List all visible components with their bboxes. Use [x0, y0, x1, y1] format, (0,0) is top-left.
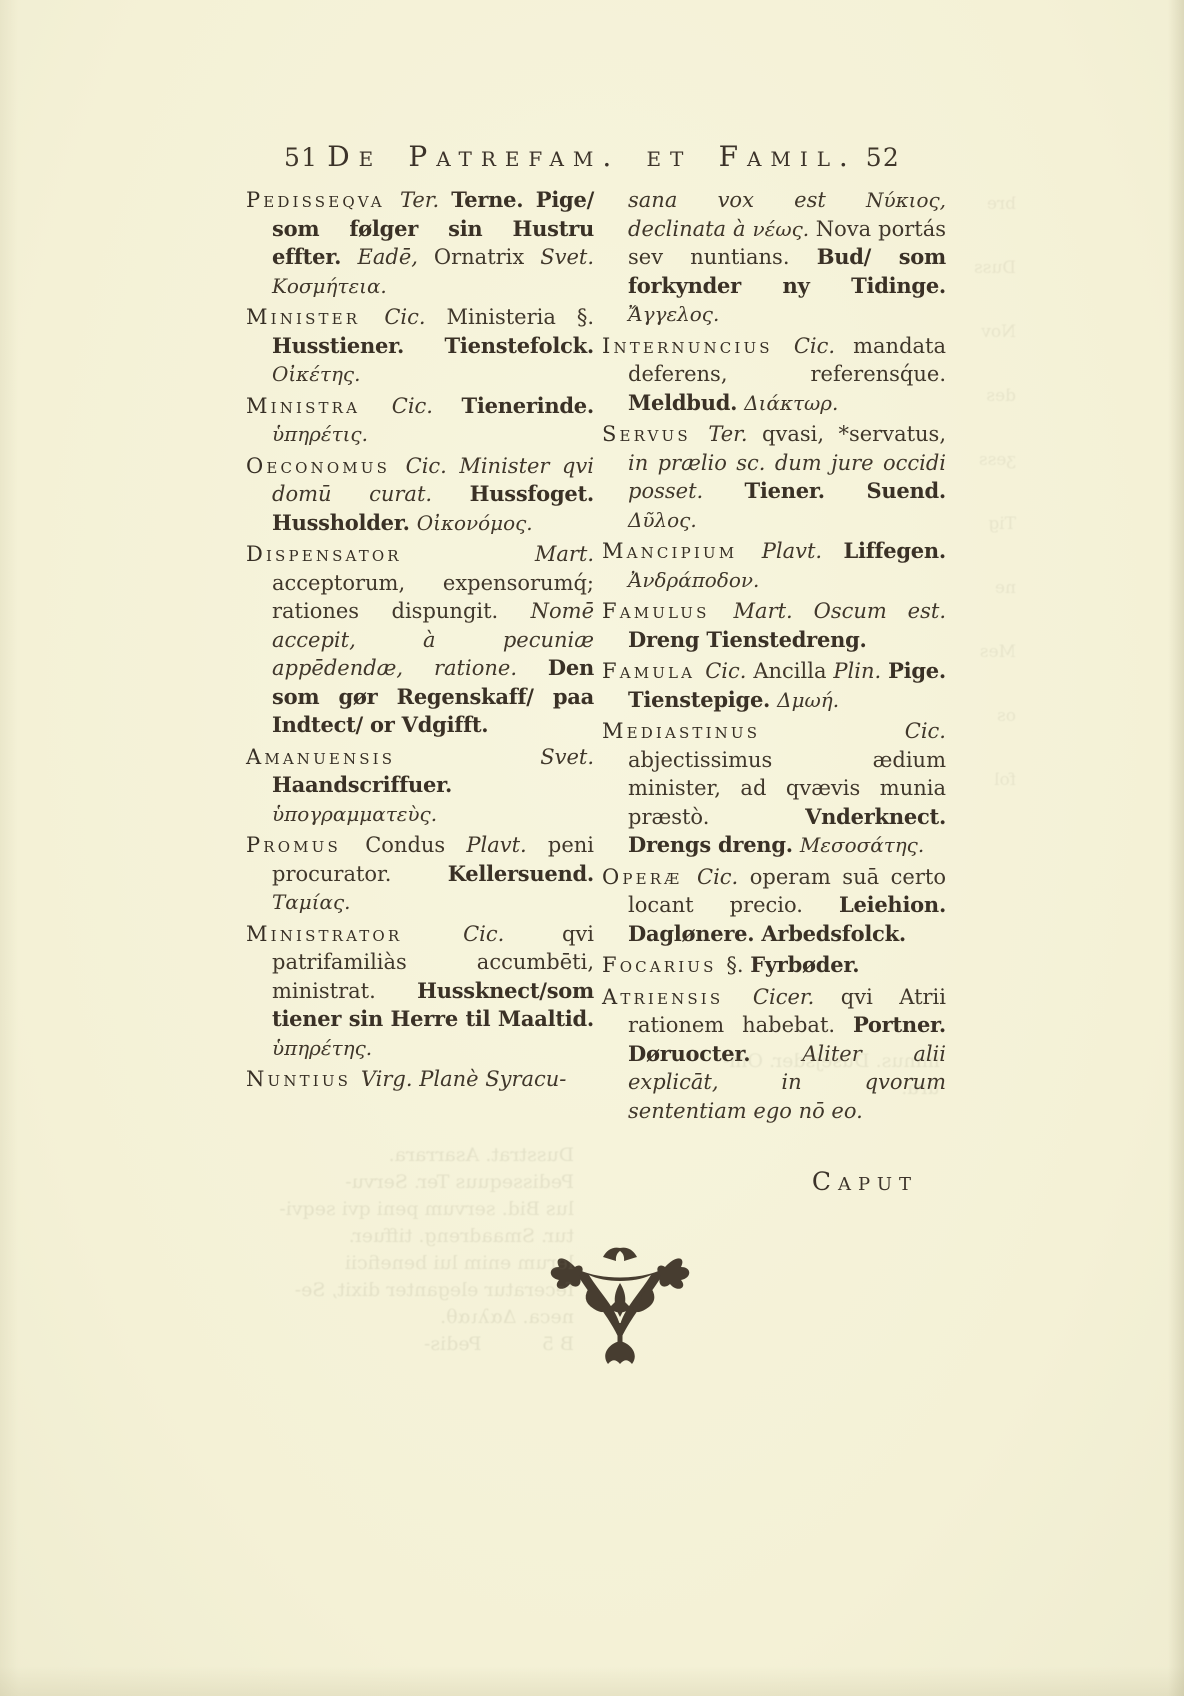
dictionary-entry: Ministra Cic. Tienerinde. ὑπηρέτις.	[246, 392, 594, 449]
entry-segment-it: Ter.	[400, 188, 451, 212]
entry-segment-gr: Οἰκέτης.	[272, 362, 360, 386]
entry-segment-it: Svet.	[540, 745, 594, 769]
bleed-through-line: neca. Δαλιαθ.	[226, 1304, 574, 1331]
dictionary-entry: Nuntius Virg. Planè Syracu-	[246, 1065, 594, 1094]
catchword: Caput	[602, 1167, 946, 1196]
entry-segment-gr: νέως.	[753, 217, 816, 241]
entry-segment-hw: Dispensator	[246, 542, 535, 566]
entry-segment-fr: Haandscriffuer.	[272, 772, 452, 797]
entry-segment-rm: Ancilla	[753, 659, 833, 683]
entry-segment-hw: Pedisseqva	[246, 188, 400, 212]
entry-segment-fr: Meldbud.	[628, 390, 744, 415]
dictionary-entry: Mediastinus Cic. abjectissimus ædium min…	[602, 717, 946, 860]
entry-segment-it: Cic.	[384, 305, 446, 329]
entry-segment-it: Cic.	[905, 719, 946, 743]
bleed-through-line: B 5 Pedis-	[226, 1331, 574, 1358]
bleed-through-line: lerum enim lui beneficii	[226, 1250, 574, 1277]
bleed-through-line: ura.	[600, 1075, 940, 1102]
entry-segment-hw: Servus	[602, 422, 708, 446]
bleed-through-line: feceratur eleganter dixit, Se-	[226, 1277, 574, 1304]
entry-segment-it: declinata à	[628, 217, 753, 241]
entry-segment-fr: Liffegen.	[843, 538, 946, 563]
entry-segment-it: Mart.	[535, 542, 594, 566]
entry-segment-it: Ter.	[708, 422, 762, 446]
dictionary-entry: Pedisseqva Ter. Terne. Pige/ som følger …	[246, 186, 594, 300]
entry-segment-it: Plavt.	[762, 539, 844, 563]
entry-segment-hw: Atriensis	[602, 985, 753, 1009]
entry-segment-rm: §.	[726, 953, 750, 977]
page-number-left: 51	[284, 143, 318, 172]
dictionary-entry: Focarius §. Fyrbøder.	[602, 951, 946, 980]
bleed-through-line: Nov	[944, 300, 1016, 364]
entry-segment-hw: Oeconomus	[246, 454, 406, 478]
entry-segment-fr: Husstiener. Tienstefolck.	[272, 333, 594, 358]
entry-segment-hw: Mediastinus	[602, 719, 905, 743]
entry-segment-it: Plavt.	[466, 833, 548, 857]
entry-segment-it: Cic.	[392, 394, 462, 418]
bleed-through-line: ne	[944, 556, 1016, 620]
scanned-book-page: 51 De Patrefam. et Famil. 52 Pedisseqva …	[0, 0, 1184, 1696]
entry-segment-hw: Minister	[246, 305, 384, 329]
bleed-through-line: lus Bid. servum peni qvi seqvi-	[226, 1196, 574, 1223]
entry-segment-it: Cic.	[705, 659, 753, 683]
dictionary-entry: Amanuensis Svet. Haandscriffuer. ὑπογραμ…	[246, 743, 594, 829]
entry-segment-fr: Kellersuend.	[448, 861, 594, 886]
bleed-through-block: minus. Dusejsder. Om- ura.	[600, 1048, 940, 1102]
page-number-right: 52	[866, 143, 900, 172]
entry-segment-it: Cic.	[463, 922, 562, 946]
entry-segment-rm: Ornatrix	[434, 245, 540, 269]
column-left: Pedisseqva Ter. Terne. Pige/ som følger …	[246, 186, 594, 1196]
entry-segment-fr: Tiener. Suend.	[744, 478, 946, 503]
bleed-through-line: minus. Dusejsder. Om-	[600, 1048, 940, 1075]
bleed-through-line: Dusstrat. Asarrara.	[226, 1142, 574, 1169]
entry-segment-hw: Amanuensis	[246, 745, 540, 769]
bleed-through-line: Mes	[944, 620, 1016, 684]
entry-segment-fr: Dreng Tienstedreng.	[628, 627, 867, 652]
dictionary-entry: Dispensator Mart. acceptorum, expensorum…	[246, 540, 594, 740]
entry-segment-it: Cic.	[794, 334, 853, 358]
entry-segment-gr: Κοσμήτεια.	[272, 274, 387, 298]
entry-segment-fr: Tienerinde.	[461, 393, 594, 418]
entry-segment-hw: Mancipium	[602, 539, 762, 563]
entry-segment-gr: ὑπηρέτις.	[272, 422, 368, 446]
entry-segment-rm: qvasi, *servatus,	[762, 422, 946, 446]
running-head: 51 De Patrefam. et Famil. 52	[246, 140, 942, 173]
entry-segment-it: sana vox est	[628, 188, 866, 212]
entry-segment-hw: Ministrator	[246, 922, 463, 946]
entry-segment-hw: Promus	[246, 833, 365, 857]
entry-segment-it: Eadē,	[358, 245, 434, 269]
bleed-through-line: fol	[944, 748, 1016, 812]
bleed-through-line: bre	[944, 172, 1016, 236]
entry-segment-hw: Famulus	[602, 599, 734, 623]
entry-segment-it: Mart. Oscum est.	[734, 599, 946, 623]
entry-segment-it: Cicer.	[753, 985, 841, 1009]
dictionary-entry: Promus Condus Plavt. peni procurator. Ke…	[246, 831, 594, 917]
bleed-through-line: tur. Smaadreng. tiffuer.	[226, 1223, 574, 1250]
bleed-through-block: Dusstrat. Asarrara. Pedissequus Ter. Ser…	[226, 1142, 574, 1358]
dictionary-entry: Internuncius Cic. mandata deferens, refe…	[602, 332, 946, 418]
entry-segment-gr: ὑπογραμματεὺς.	[272, 802, 437, 826]
entry-segment-fr: Fyrbøder.	[750, 952, 859, 977]
dictionary-entry: Famulus Mart. Oscum est. Dreng Tienstedr…	[602, 597, 946, 654]
entry-segment-gr: Ἄγγελος.	[628, 302, 719, 326]
entry-segment-it: Cic.	[697, 865, 750, 889]
entry-segment-gr: Μεσοσάτης.	[800, 833, 924, 857]
bleed-through-line: Tig	[944, 492, 1016, 556]
entry-segment-it: Svet.	[540, 245, 594, 269]
bleed-through-margin: bre Duss Nov des ʒess Tig ne Mes os fol	[944, 172, 1016, 812]
entry-segment-gr: Ταμίας.	[272, 890, 351, 914]
dictionary-entry: Oeconomus Cic. Minister qvi domū curat. …	[246, 452, 594, 538]
dictionary-entry: Famula Cic. Ancilla Plin. Pige. Tienstep…	[602, 657, 946, 714]
entry-segment-hw: Ministra	[246, 394, 392, 418]
entry-segment-gr: Δμωή.	[777, 688, 839, 712]
entry-segment-hw: Internuncius	[602, 334, 794, 358]
bleed-through-line: os	[944, 684, 1016, 748]
entry-segment-hw: Nuntius	[246, 1067, 361, 1091]
entry-segment-gr: Διάκτωρ.	[744, 391, 838, 415]
entry-segment-rm: Ministeria §.	[447, 305, 595, 329]
page-title: De Patrefam. et Famil.	[327, 140, 857, 173]
entry-segment-gr: Δῦλος.	[628, 508, 697, 532]
bleed-through-line: Duss	[944, 236, 1016, 300]
entry-segment-hw: Focarius	[602, 953, 726, 977]
bleed-through-line: des	[944, 364, 1016, 428]
text-block: Pedisseqva Ter. Terne. Pige/ som følger …	[246, 186, 946, 1196]
entry-segment-hw: Operæ	[602, 865, 697, 889]
dictionary-entry: Mancipium Plavt. Liffegen. Ἀνδράποδον.	[602, 537, 946, 594]
dictionary-entry: Minister Cic. Ministeria §. Husstiener. …	[246, 303, 594, 389]
entry-segment-gr: Οἰκονόμος.	[417, 511, 533, 535]
entry-segment-gr: ὑπηρέτης.	[272, 1036, 372, 1060]
entry-segment-it: Virg. Planè Syracu-	[361, 1067, 567, 1091]
bleed-through-line: Pedissequus Ter. Servu-	[226, 1169, 574, 1196]
dictionary-entry: Ministrator Cic. qvi patrifamiliàs accum…	[246, 920, 594, 1063]
entry-segment-hw: Famula	[602, 659, 705, 683]
entry-segment-it: Plin.	[833, 659, 888, 683]
entry-segment-rm: Condus	[365, 833, 466, 857]
bleed-through-line: ʒess	[944, 428, 1016, 492]
entry-segment-gr: Νύκιος,	[866, 188, 946, 212]
column-right: sana vox est Νύκιος, declinata à νέως. N…	[602, 186, 946, 1196]
entry-segment-gr: Ἀνδράποδον.	[628, 568, 759, 592]
dictionary-entry: Servus Ter. qvasi, *servatus, in prælio …	[602, 420, 946, 534]
dictionary-entry: sana vox est Νύκιος, declinata à νέως. N…	[602, 186, 946, 329]
dictionary-entry: Operæ Cic. operam suā certo locant preci…	[602, 863, 946, 949]
